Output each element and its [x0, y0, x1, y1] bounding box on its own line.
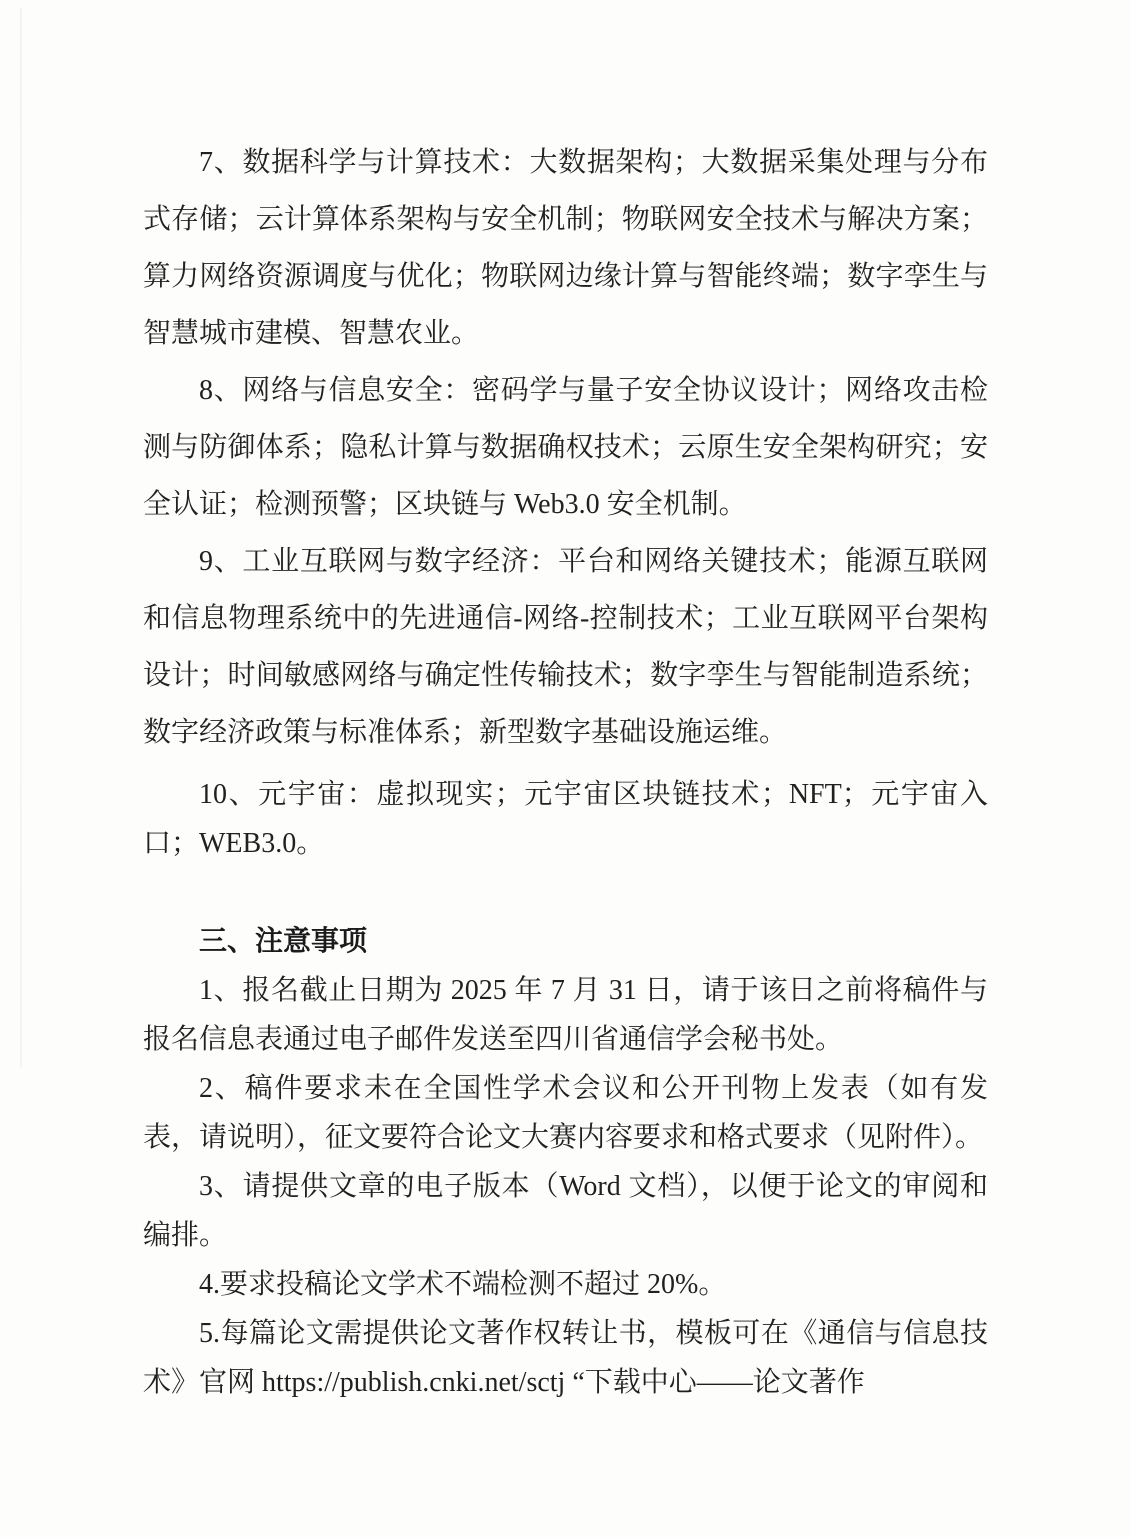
note-item-2: 2、稿件要求未在全国性学术会议和公开刊物上发表（如有发表，请说明），征文要符合论… — [143, 1064, 988, 1162]
page-content: 7、数据科学与计算技术：大数据架构；大数据采集处理与分布式存储；云计算体系架构与… — [143, 134, 988, 1407]
topics-section: 7、数据科学与计算技术：大数据架构；大数据采集处理与分布式存储；云计算体系架构与… — [143, 134, 988, 868]
topic-item-8: 8、网络与信息安全：密码学与量子安全协议设计；网络攻击检测与防御体系；隐私计算与… — [143, 362, 988, 533]
note-item-4: 4.要求投稿论文学术不端检测不超过 20%。 — [143, 1260, 988, 1309]
topic-item-9: 9、工业互联网与数字经济：平台和网络关键技术；能源互联网和信息物理系统中的先进通… — [143, 533, 988, 761]
topic-item-7: 7、数据科学与计算技术：大数据架构；大数据采集处理与分布式存储；云计算体系架构与… — [143, 134, 988, 362]
topic-item-10: 10、元宇宙：虚拟现实；元宇宙区块链技术；NFT；元宇宙入口；WEB3.0。 — [143, 770, 988, 868]
notes-section: 三、注意事项 1、报名截止日期为 2025 年 7 月 31 日，请于该日之前将… — [143, 917, 988, 1407]
note-item-1: 1、报名截止日期为 2025 年 7 月 31 日，请于该日之前将稿件与报名信息… — [143, 966, 988, 1064]
note-item-5: 5.每篇论文需提供论文著作权转让书，模板可在《通信与信息技术》官网 https:… — [143, 1309, 988, 1407]
scanned-document-page: { "colors": { "paper": "#fdfdfc", "ink":… — [0, 0, 1131, 1537]
note-item-3: 3、请提供文章的电子版本（Word 文档），以便于论文的审阅和编排。 — [143, 1162, 988, 1260]
notes-section-heading: 三、注意事项 — [143, 917, 988, 966]
document-page: 7、数据科学与计算技术：大数据架构；大数据采集处理与分布式存储；云计算体系架构与… — [0, 0, 1131, 1537]
scan-edge-artifact — [20, 8, 22, 1068]
